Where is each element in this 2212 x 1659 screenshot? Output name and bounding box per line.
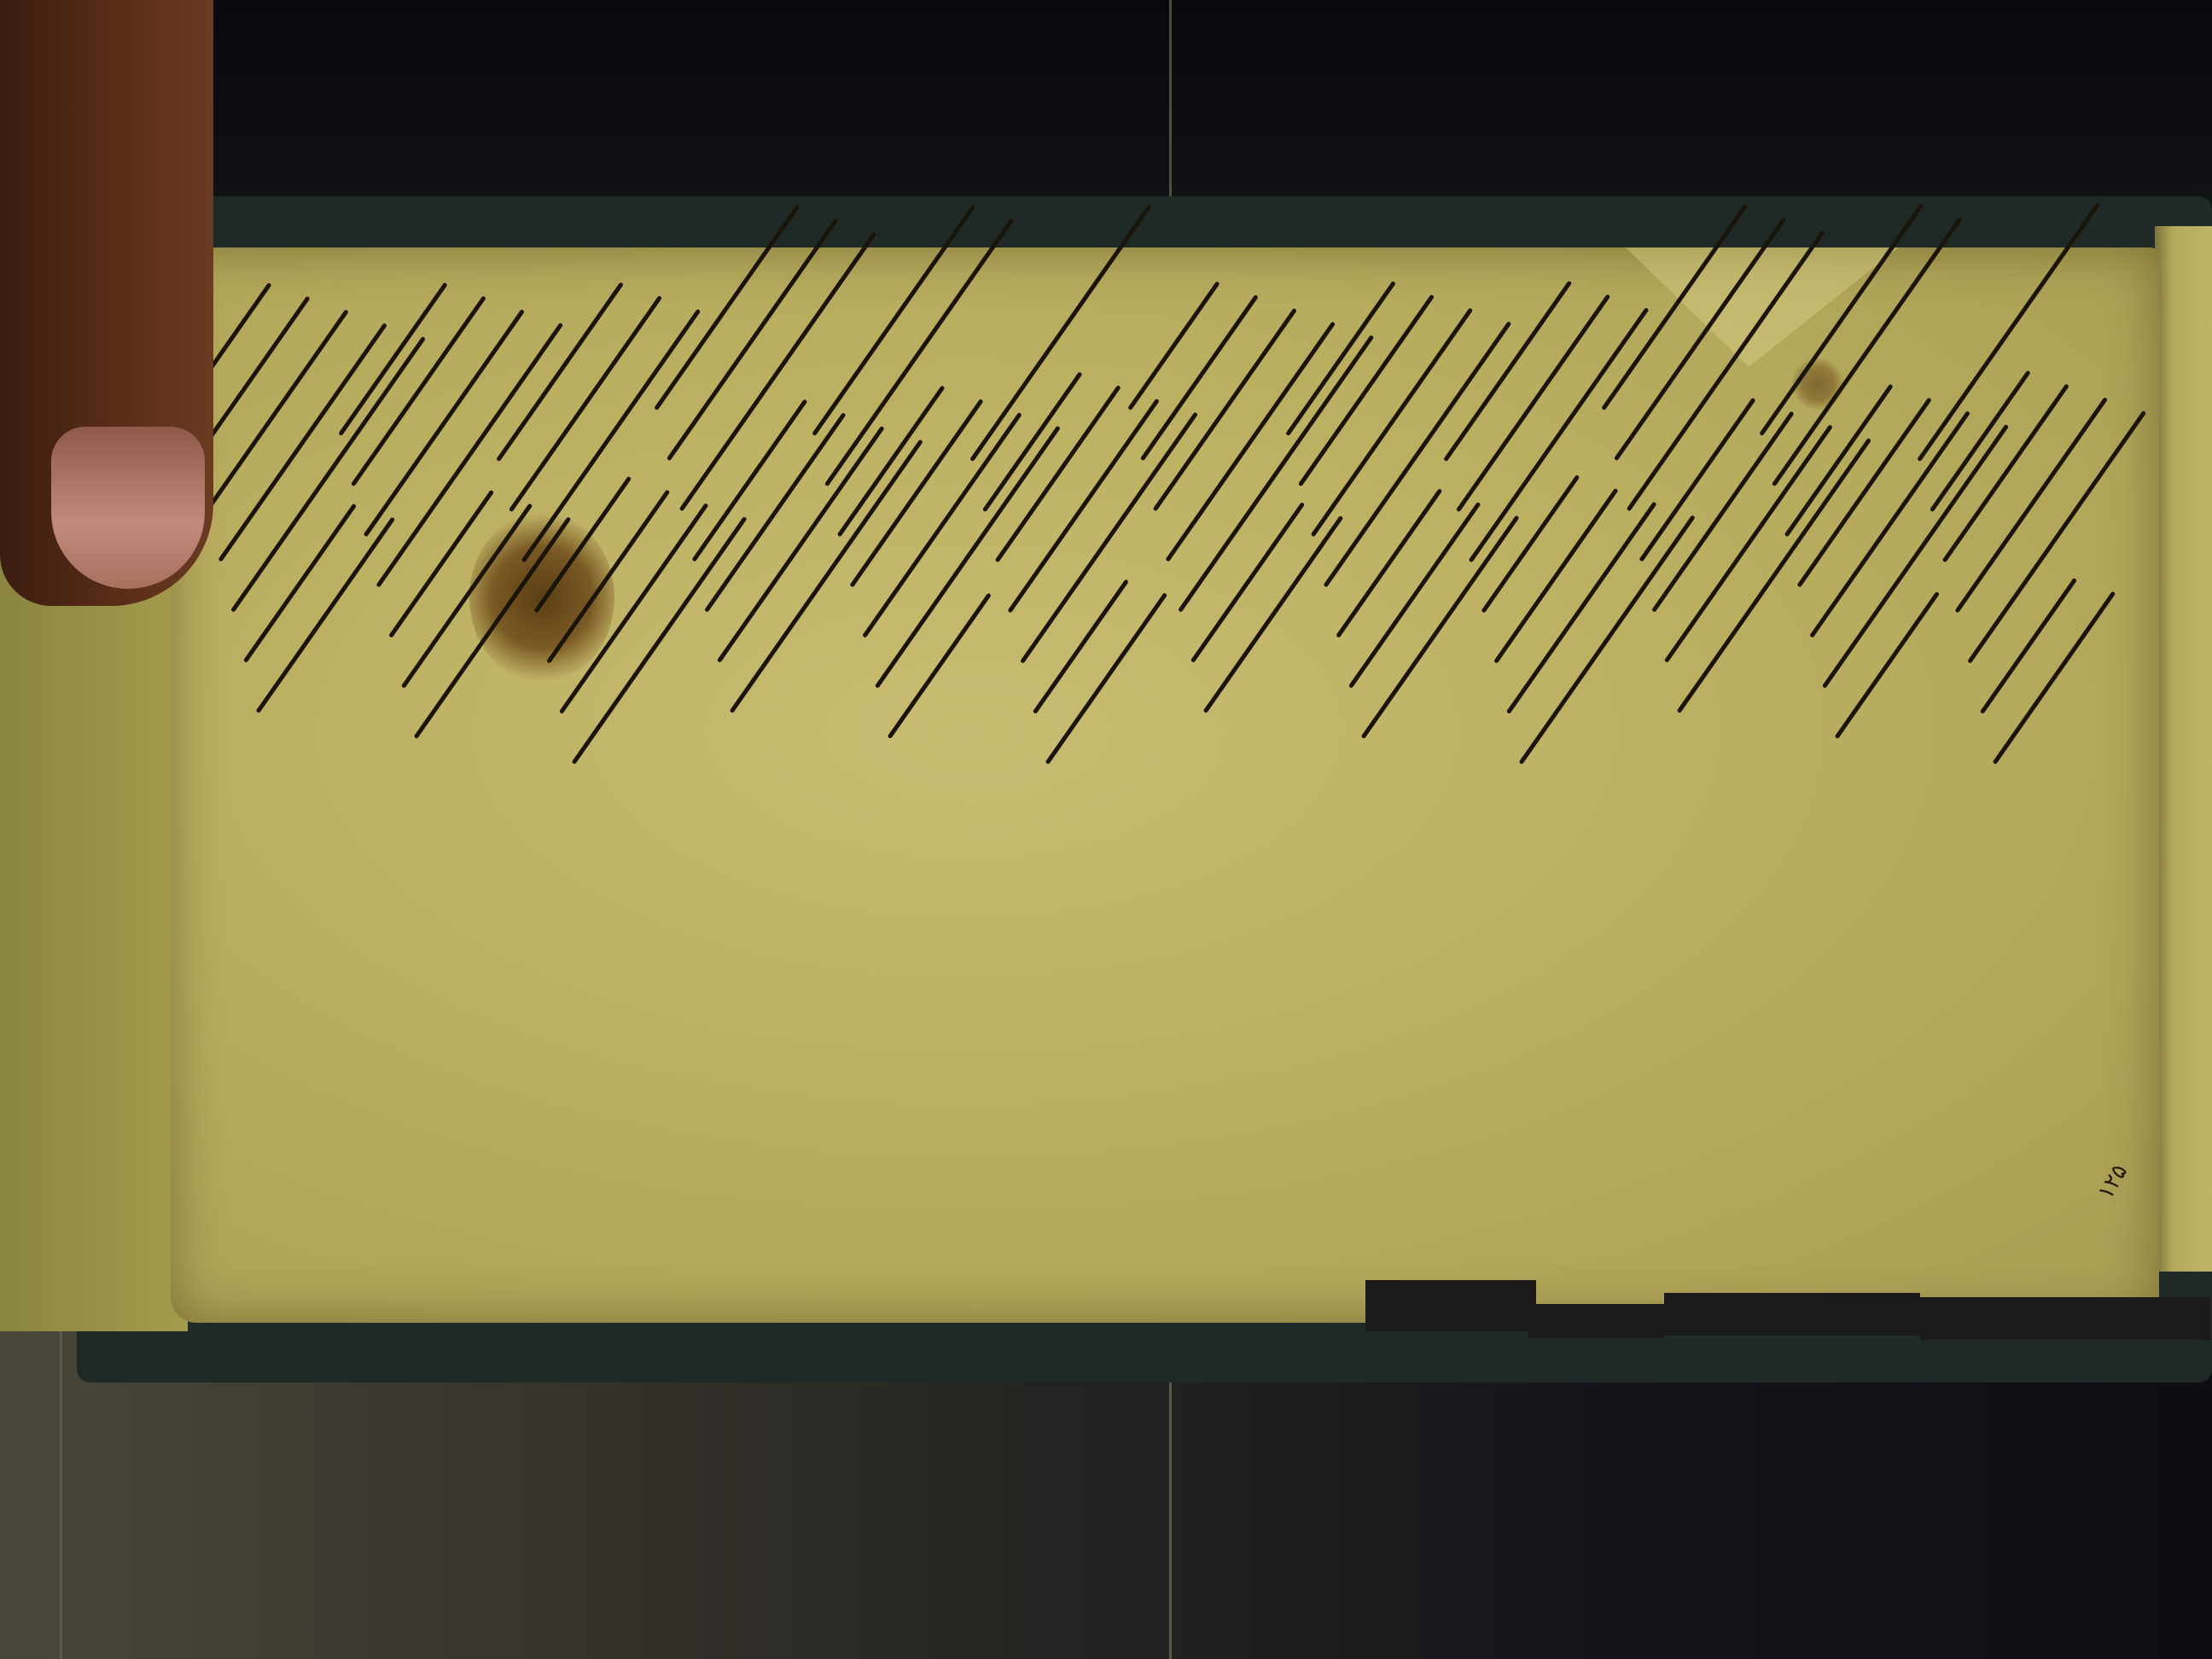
torn-edge (1920, 1297, 2210, 1340)
ink-stain (1792, 358, 1843, 410)
manuscript-page (171, 247, 2159, 1323)
next-page-edge (2155, 226, 2212, 1272)
surface-seam (1169, 1382, 1172, 1659)
surface-seam (60, 1331, 62, 1659)
thumbnail (51, 427, 205, 589)
torn-edge (1365, 1280, 1536, 1331)
torn-edge (1528, 1304, 1664, 1338)
flyleaf (0, 512, 188, 1331)
torn-edge (1664, 1293, 1920, 1336)
